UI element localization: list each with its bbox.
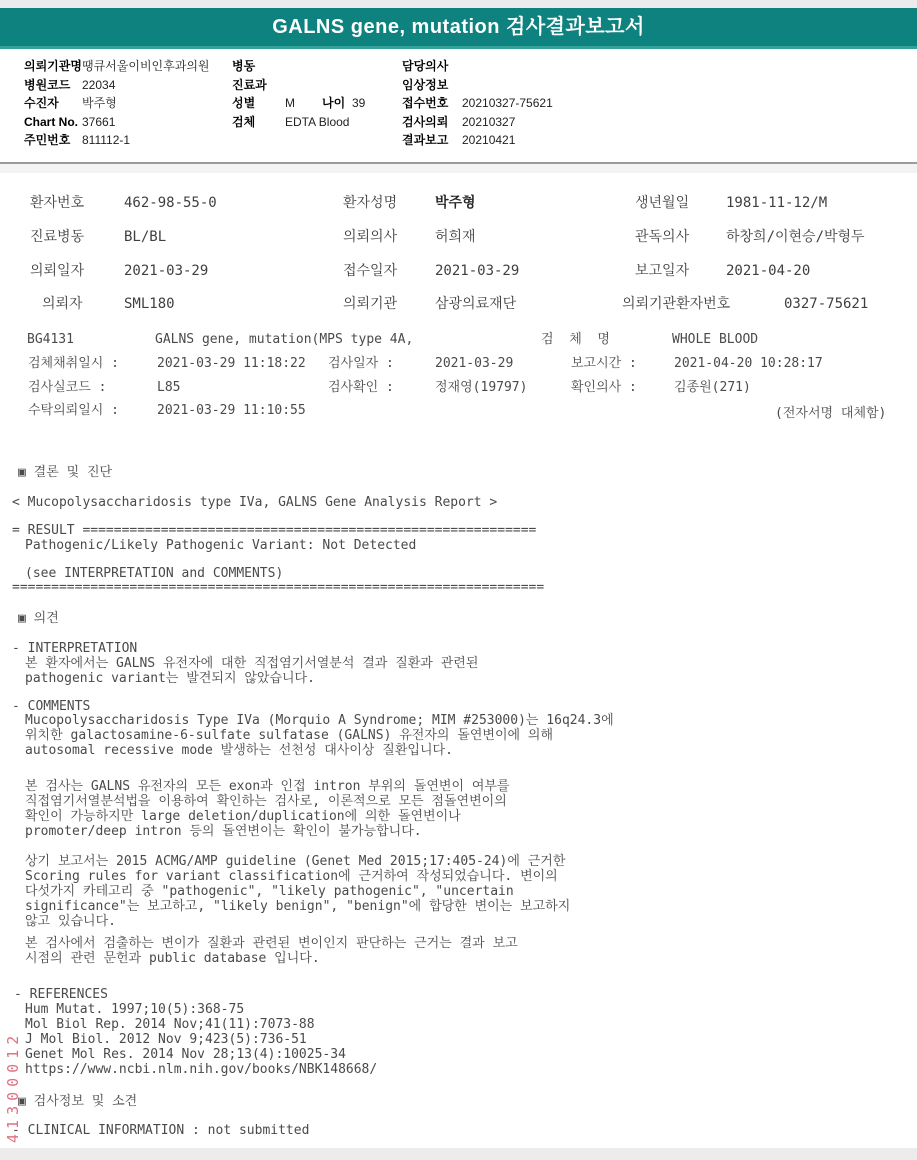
age-value: 39 xyxy=(352,96,365,110)
test-date-value: 2021-03-29 xyxy=(435,357,513,371)
specimen-type-label: 검체 xyxy=(232,115,255,129)
request-org-label: 의뢰기관 xyxy=(343,297,397,311)
vertical-accession-number: 541300012 xyxy=(4,1031,22,1157)
receipt-date-value: 2021-03-29 xyxy=(435,264,519,278)
test-request-value: 20210327 xyxy=(462,115,515,129)
bottom-strip xyxy=(0,1148,917,1160)
org-name-label: 의뢰기관명 xyxy=(24,59,82,73)
consign-request-label: 수탁의뢰일시 : xyxy=(28,404,119,418)
supervising-doctor-label: 관독의사 xyxy=(635,230,689,244)
top-strip xyxy=(0,0,917,8)
verifier-value: 정재영(19797) xyxy=(435,381,527,395)
receipt-no-value: 20210327-75621 xyxy=(462,96,553,110)
result-report-value: 20210421 xyxy=(462,133,515,147)
test-request-label: 검사의뢰 xyxy=(402,115,448,129)
examinee-value: 박주형 xyxy=(82,96,117,110)
report-page: GALNS gene, mutation 검사결과보고서 의뢰기관명 땡큐서울이… xyxy=(0,0,917,1160)
report-time-label: 보고시간 : xyxy=(571,357,637,371)
consign-request-value: 2021-03-29 11:10:55 xyxy=(157,404,306,418)
hospital-code-label: 병원코드 xyxy=(24,78,70,92)
org-name-value: 땡큐서울이비인후과의원 xyxy=(82,59,210,73)
comments-paragraph-3: 상기 보고서는 2015 ACMG/AMP guideline (Genet M… xyxy=(25,854,675,929)
patient-no-value: 462-98-55-0 xyxy=(124,196,217,210)
request-date-value: 2021-03-29 xyxy=(124,264,208,278)
result-report-label: 결과보고 xyxy=(402,133,448,147)
page-title: GALNS gene, mutation 검사결과보고서 xyxy=(0,8,917,46)
supervising-doctor-value: 하창희/이현승/박형두 xyxy=(726,230,865,244)
request-org-value: 삼광의료재단 xyxy=(435,297,516,311)
receipt-date-label: 접수일자 xyxy=(343,264,397,278)
receipt-no-label: 접수번호 xyxy=(402,96,448,110)
patient-no-label: 환자번호 xyxy=(30,196,84,210)
ward-row-label: 진료병동 xyxy=(30,230,84,244)
comments-paragraph-4: 본 검사에서 검출하는 변이가 질환과 관련된 변이인지 판단하는 근거는 결과… xyxy=(25,936,675,966)
requester-label: 의뢰자 xyxy=(42,297,83,311)
report-date-label: 보고일자 xyxy=(635,264,689,278)
specimen-type-value: EDTA Blood xyxy=(285,115,349,129)
request-date-label: 의뢰일자 xyxy=(30,264,84,278)
collected-at-value: 2021-03-29 11:18:22 xyxy=(157,357,306,371)
lab-code-value: L85 xyxy=(157,381,180,395)
org-patient-no-label: 의뢰기관환자번호 xyxy=(622,297,730,311)
request-doctor-label: 의뢰의사 xyxy=(343,230,397,244)
interpretation-body: 본 환자에서는 GALNS 유전자에 대한 직접염기서열분석 결과 질환과 관련… xyxy=(25,656,645,686)
esignature-note: (전자서명 대체함) xyxy=(775,407,886,421)
test-date-label: 검사일자 : xyxy=(328,357,394,371)
analysis-report-title: < Mucopolysaccharidosis type IVa, GALNS … xyxy=(12,496,497,510)
comments-paragraph-1: Mucopolysaccharidosis Type IVa (Morquio … xyxy=(25,713,675,758)
request-doctor-value: 허희재 xyxy=(435,230,476,244)
conclusion-heading: ▣ 결론 및 진단 xyxy=(18,466,112,480)
references-list: Hum Mutat. 1997;10(5):368-75 Mol Biol Re… xyxy=(25,1002,675,1077)
result-header-rule: = RESULT ===============================… xyxy=(12,524,536,538)
patient-name-value: 박주형 xyxy=(435,196,476,210)
result-footer-rule: ========================================… xyxy=(12,581,544,595)
collected-at-label: 검체채취일시 : xyxy=(28,357,119,371)
comments-heading: - COMMENTS xyxy=(12,700,90,714)
lab-code-label: 검사실코드 : xyxy=(28,381,106,395)
clinical-info-label: 임상정보 xyxy=(402,78,448,92)
opinion-heading: ▣ 의견 xyxy=(18,612,59,626)
patient-name-label: 환자성명 xyxy=(343,196,397,210)
specimen-name-value: WHOLE BLOOD xyxy=(672,333,758,347)
sex-label: 성별 xyxy=(232,96,255,110)
clinical-information-line: - CLINICAL INFORMATION : not submitted xyxy=(12,1124,309,1138)
title-banner: GALNS gene, mutation 검사결과보고서 xyxy=(0,8,917,49)
sex-value: M xyxy=(285,96,295,110)
chart-no-value: 37661 xyxy=(82,115,115,129)
confirm-doctor-label: 확인의사 : xyxy=(571,381,637,395)
birthdate-value: 1981-11-12/M xyxy=(726,196,827,210)
requester-value: SML180 xyxy=(124,297,175,311)
confirm-doctor-value: 김종원(271) xyxy=(674,381,751,395)
department-label: 진료과 xyxy=(232,78,267,92)
specimen-name-label: 검 체 명 xyxy=(541,333,610,347)
verifier-label: 검사확인 : xyxy=(328,381,394,395)
age-label: 나이 xyxy=(322,96,345,110)
test-name: GALNS gene, mutation(MPS type 4A, xyxy=(155,333,413,347)
resident-no-label: 주민번호 xyxy=(24,133,70,147)
examinee-label: 수진자 xyxy=(24,96,59,110)
report-date-value: 2021-04-20 xyxy=(726,264,810,278)
birthdate-label: 생년월일 xyxy=(635,196,689,210)
hospital-code-value: 22034 xyxy=(82,78,115,92)
see-note: (see INTERPRETATION and COMMENTS) xyxy=(25,567,283,581)
resident-no-value: 811112-1 xyxy=(82,133,130,147)
result-line: Pathogenic/Likely Pathogenic Variant: No… xyxy=(25,539,416,553)
chart-no-label: Chart No. xyxy=(24,115,78,129)
references-heading: - REFERENCES xyxy=(14,988,108,1002)
interpretation-heading: - INTERPRETATION xyxy=(12,642,137,656)
ward-row-value: BL/BL xyxy=(124,230,166,244)
comments-paragraph-2: 본 검사는 GALNS 유전자의 모든 exon과 인접 intron 부위의 … xyxy=(25,779,675,839)
attending-doctor-label: 담당의사 xyxy=(402,59,448,73)
org-patient-no-value: 0327-75621 xyxy=(784,297,868,311)
exam-info-heading: ▣ 검사정보 및 소견 xyxy=(18,1095,137,1109)
ward-label: 병동 xyxy=(232,59,255,73)
header-divider-band xyxy=(0,164,917,173)
test-code: BG4131 xyxy=(27,333,74,347)
report-time-value: 2021-04-20 10:28:17 xyxy=(674,357,823,371)
